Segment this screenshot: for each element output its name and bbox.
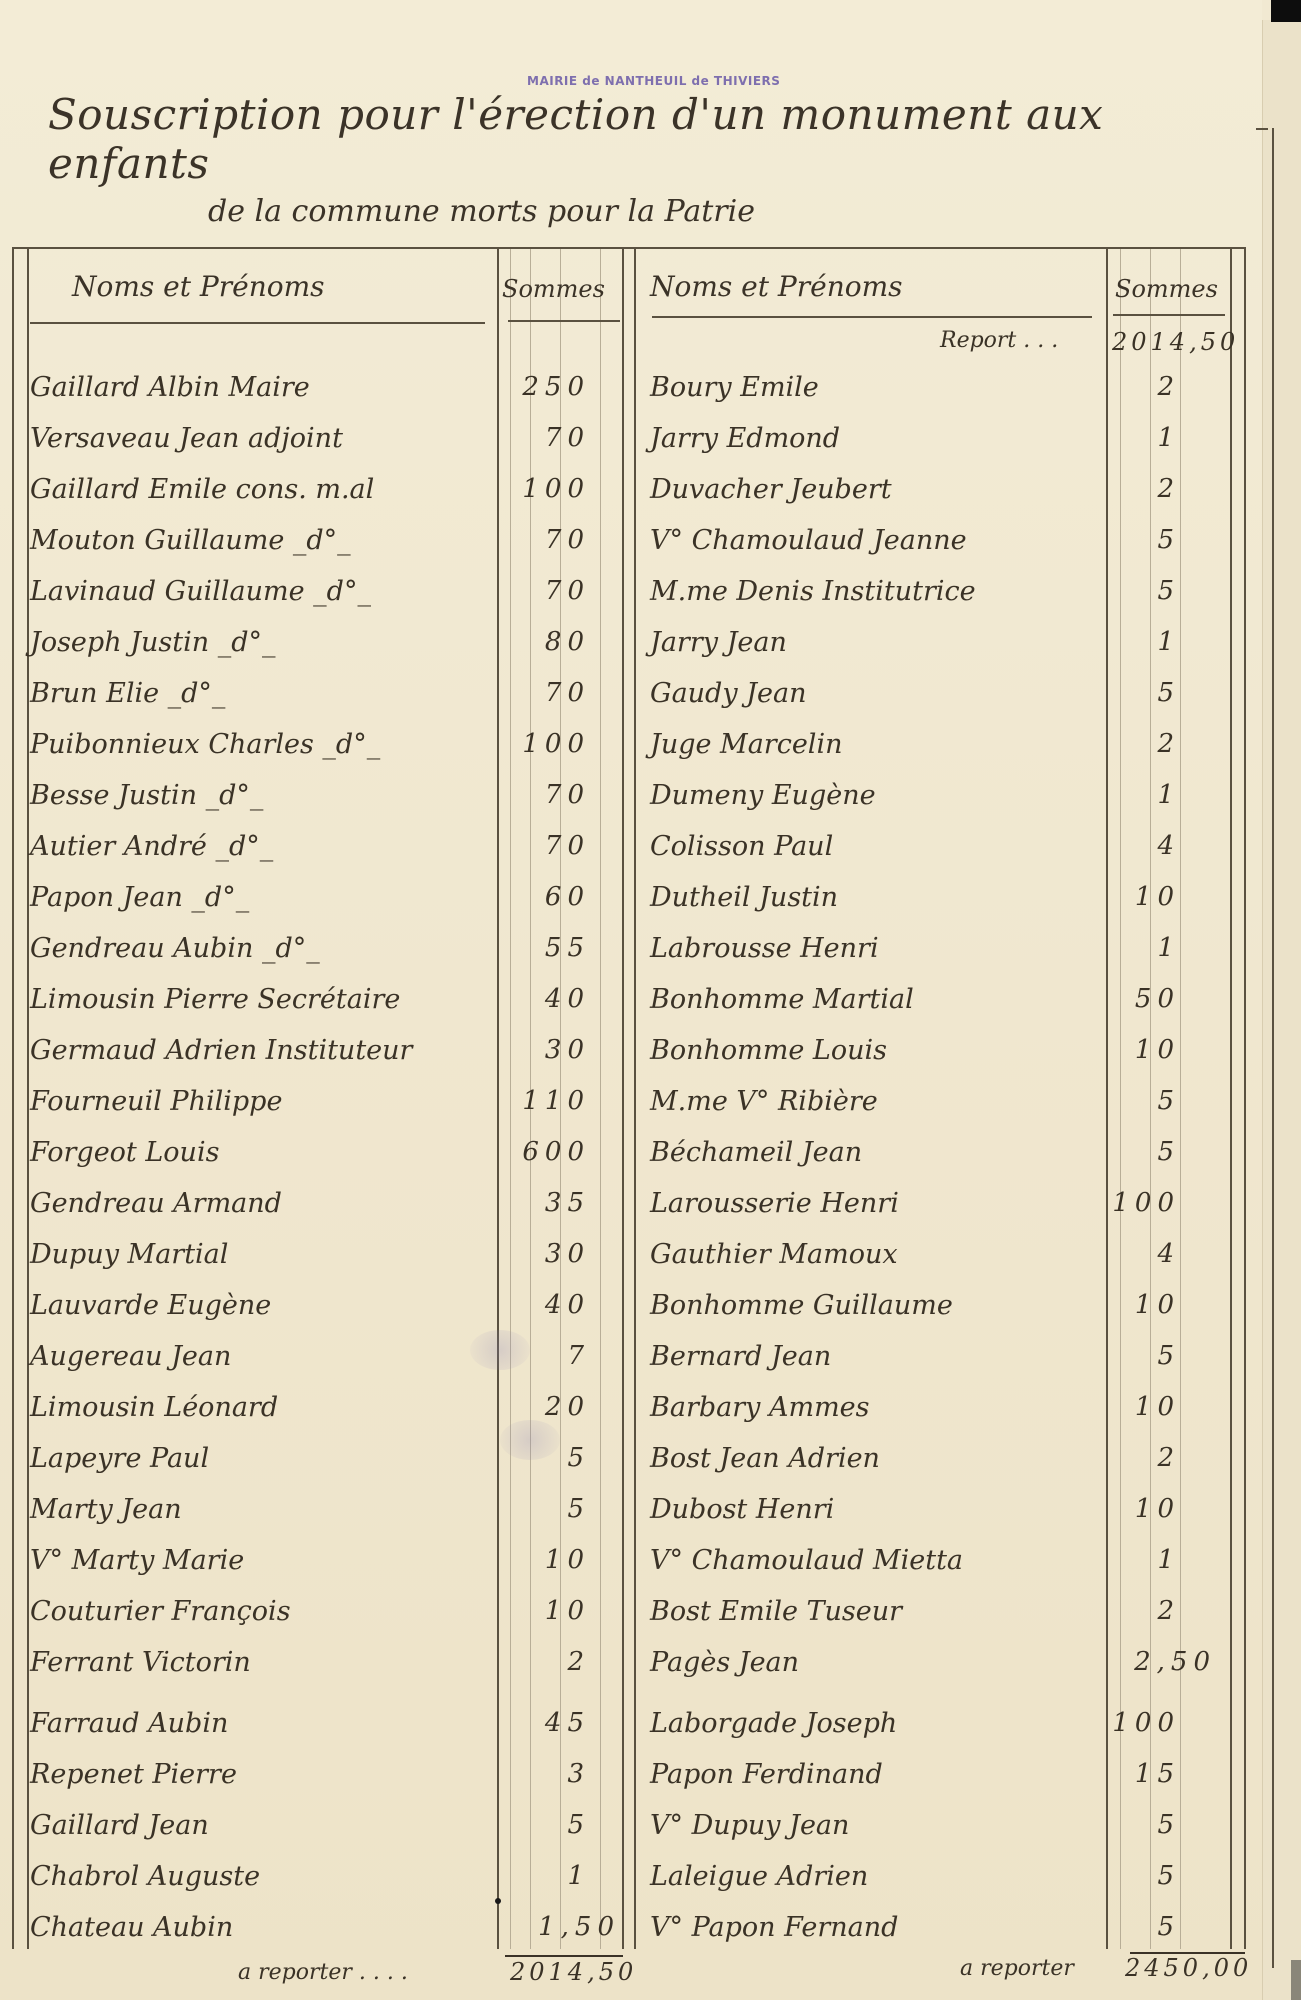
subscriber-name: Bost Emile Tuseur [650,1596,902,1627]
subscriber-amount: 15 [1135,1759,1180,1789]
subscriber-name: Farraud Aubin [30,1708,228,1739]
list-item: Forgeot Louis600 [30,1137,620,1187]
report-label: Report . . . [940,328,1058,353]
subscriber-amount: 10 [1135,1494,1180,1524]
right-footer-total: 2450,00 [1125,1954,1252,1982]
list-item: Boury Emile2 [650,372,1210,422]
subscriber-amount: 10 [1135,1392,1180,1422]
list-item: Gendreau Aubin _d°_55 [30,933,620,983]
underlying-page-edge [1262,20,1301,2000]
right-header-name: Noms et Prénoms [650,270,903,303]
subscriber-amount: 5 [1157,1086,1180,1116]
list-item: Joseph Justin _d°_80 [30,627,620,677]
left-header-amount: Sommes [502,275,605,303]
subscriber-name: Couturier François [30,1596,291,1627]
subscriber-amount: 100 [522,474,590,504]
subscriber-amount: 70 [545,678,590,708]
list-item: Gaillard Albin Maire250 [30,372,620,422]
list-item: Besse Justin _d°_70 [30,780,620,830]
list-item: Laleigue Adrien5 [650,1861,1210,1911]
subscriber-name: Dupuy Martial [30,1239,228,1270]
subscriber-name: Joseph Justin _d°_ [30,627,275,658]
list-item: Repenet Pierre3 [30,1759,620,1809]
list-item: V° Dupuy Jean5 [650,1810,1210,1860]
subscriber-name: Brun Elie _d°_ [30,678,225,709]
subscriber-name: Duvacher Jeubert [650,474,892,505]
list-item: Chabrol Auguste1 [30,1861,620,1911]
list-item: Farraud Aubin45 [30,1708,620,1758]
list-item: Laborgade Joseph100 [650,1708,1210,1758]
scan-border [1271,0,1301,22]
subscriber-amount: 45 [545,1708,590,1738]
subscriber-amount: 80 [545,627,590,657]
subscriber-name: Lauvarde Eugène [30,1290,271,1321]
subscriber-name: Bonhomme Martial [650,984,914,1015]
subscriber-amount: 2 [1157,1443,1180,1473]
subscriber-name: V° Chamoulaud Mietta [650,1545,963,1576]
subscriber-name: Béchameil Jean [650,1137,862,1168]
list-item: Bernard Jean5 [650,1341,1210,1391]
list-item: Dumeny Eugène1 [650,780,1210,830]
subscriber-amount: 40 [545,1290,590,1320]
subscriber-name: V° Papon Fernand [650,1912,898,1943]
list-item: Gaudy Jean5 [650,678,1210,728]
subscriber-name: Papon Ferdinand [650,1759,883,1790]
subscriber-name: Limousin Léonard [30,1392,278,1423]
list-item: Colisson Paul4 [650,831,1210,881]
subscriber-amount: 70 [545,423,590,453]
report-value: 2014,50 [1112,328,1239,356]
subscriber-amount: 1 [1157,933,1180,963]
subscriber-amount: 110 [522,1086,590,1116]
list-item: Papon Jean _d°_60 [30,882,620,932]
subscriber-name: Larousserie Henri [650,1188,899,1219]
subscriber-name: Jarry Edmond [650,423,840,454]
left-footer-total: 2014,50 [510,1958,637,1986]
subscriber-name: Mouton Guillaume _d°_ [30,525,351,556]
subscriber-amount: 1 [567,1861,590,1891]
subscriber-amount: 5 [1157,576,1180,606]
list-item: Bost Emile Tuseur2 [650,1596,1210,1646]
subscriber-amount: 10 [1135,882,1180,912]
subscriber-amount: 5 [567,1810,590,1840]
list-item: Brun Elie _d°_70 [30,678,620,728]
subscriber-name: Chabrol Auguste [30,1861,260,1892]
subscriber-name: Papon Jean _d°_ [30,882,249,913]
subscriber-amount: 4 [1157,831,1180,861]
subscriber-amount: 70 [545,831,590,861]
subscriber-amount: 2 [1157,1596,1180,1626]
left-margin-line [27,249,29,1949]
subscriber-name: Besse Justin _d°_ [30,780,263,811]
subscriber-amount: 50 [1135,984,1180,1014]
subscriber-amount: 3 [567,1759,590,1789]
subscriber-name: Pagès Jean [650,1647,799,1678]
list-item: Labrousse Henri1 [650,933,1210,983]
subscriber-name: Limousin Pierre Secrétaire [30,984,400,1015]
left-footer-label: a reporter . . . . [238,1960,408,1985]
subscriber-amount: 1 [1157,423,1180,453]
subscriber-amount: 100 [1112,1708,1180,1738]
list-item: Couturier François10 [30,1596,620,1646]
list-item: Barbary Ammes10 [650,1392,1210,1442]
subscriber-amount: 30 [545,1035,590,1065]
subscriber-amount: 1 [1157,780,1180,810]
subscriber-amount: 30 [545,1239,590,1269]
subscriber-amount: 70 [545,780,590,810]
center-divider-line [622,249,624,1949]
subscriber-name: Bonhomme Guillaume [650,1290,953,1321]
header-rule [508,320,620,322]
subscriber-name: Barbary Ammes [650,1392,870,1423]
subscriber-amount: 2,50 [1134,1647,1216,1677]
subscriber-amount: 5 [1157,1810,1180,1840]
subscriber-amount: 2 [1157,372,1180,402]
list-item: V° Chamoulaud Jeanne5 [650,525,1210,575]
subscriber-name: V° Dupuy Jean [650,1810,849,1841]
list-item: Juge Marcelin2 [650,729,1210,779]
list-item: Papon Ferdinand15 [650,1759,1210,1809]
outer-frame-line [1272,128,1274,1968]
subscriber-amount: 2 [567,1647,590,1677]
list-item: Dubost Henri10 [650,1494,1210,1544]
subscriber-name: Gaillard Jean [30,1810,209,1841]
title-line-2: de la commune morts pour la Patrie [208,194,1228,229]
subscriber-name: Fourneuil Philippe [30,1086,282,1117]
list-item: Bonhomme Guillaume10 [650,1290,1210,1340]
subscriber-amount: 7 [567,1341,590,1371]
right-frame-inner-line [1230,249,1232,1949]
subscriber-name: Chateau Aubin [30,1912,233,1943]
subscriber-amount: 5 [1157,1861,1180,1891]
subscriber-amount: 35 [545,1188,590,1218]
list-item: Duvacher Jeubert2 [650,474,1210,524]
list-item: Jarry Edmond1 [650,423,1210,473]
subscriber-amount: 250 [522,372,590,402]
subscriber-name: Puibonnieux Charles _d°_ [30,729,380,760]
subscriber-amount: 2 [1157,474,1180,504]
list-item: Marty Jean5 [30,1494,620,1544]
list-item: Dutheil Justin10 [650,882,1210,932]
subscriber-name: Dutheil Justin [650,882,838,913]
list-item: Larousserie Henri100 [650,1188,1210,1238]
subscriber-name: Autier André _d°_ [30,831,273,862]
subscriber-name: Laborgade Joseph [650,1708,897,1739]
header-rule [652,316,1092,318]
subscriber-amount: 55 [545,933,590,963]
list-item: Limousin Pierre Secrétaire40 [30,984,620,1034]
ink-smudge [470,1330,530,1370]
subscriber-amount: 10 [545,1596,590,1626]
subscriber-name: Juge Marcelin [650,729,842,760]
list-item: Versaveau Jean adjoint70 [30,423,620,473]
subscriber-amount: 100 [522,729,590,759]
subscriber-name: Germaud Adrien Instituteur [30,1035,412,1066]
list-item: Bonhomme Louis10 [650,1035,1210,1085]
scan-border-bottom [1291,1960,1301,2000]
list-item: Bost Jean Adrien2 [650,1443,1210,1493]
subscriber-name: Gendreau Aubin _d°_ [30,933,320,964]
list-item: Lauvarde Eugène40 [30,1290,620,1340]
subscriber-name: Versaveau Jean adjoint [30,423,343,454]
list-item: Ferrant Victorin2 [30,1647,620,1697]
list-item: Dupuy Martial30 [30,1239,620,1289]
subscriber-name: Laleigue Adrien [650,1861,868,1892]
subscriber-amount: 5 [1157,525,1180,555]
subscriber-name: Labrousse Henri [650,933,879,964]
list-item: V° Marty Marie10 [30,1545,620,1595]
list-item: Jarry Jean1 [650,627,1210,677]
subscriber-amount: 4 [1157,1239,1180,1269]
subscriber-name: Gaillard Emile cons. m.al [30,474,374,505]
subscriber-amount: 5 [567,1443,590,1473]
list-item: M.me Denis Institutrice5 [650,576,1210,626]
list-item: Lavinaud Guillaume _d°_70 [30,576,620,626]
list-item: Germaud Adrien Instituteur30 [30,1035,620,1085]
left-header-name: Noms et Prénoms [72,270,325,303]
subscriber-amount: 5 [1157,1341,1180,1371]
subscriber-amount: 100 [1112,1188,1180,1218]
subscriber-name: M.me Denis Institutrice [650,576,976,607]
header-rule [1113,314,1225,316]
list-item: Mouton Guillaume _d°_70 [30,525,620,575]
list-item: Autier André _d°_70 [30,831,620,881]
subscriber-amount: 2 [1157,729,1180,759]
subscriber-name: Bernard Jean [650,1341,831,1372]
outer-frame-corner [1256,128,1268,130]
subscriber-name: Dumeny Eugène [650,780,876,811]
subscriber-amount: 70 [545,576,590,606]
subscriber-amount: 1,50 [538,1912,620,1942]
title-line-1: Souscription pour l'érection d'un monume… [48,90,1228,188]
subscriber-name: M.me V° Ribière [650,1086,878,1117]
subscriber-name: Repenet Pierre [30,1759,237,1790]
subscriber-amount: 5 [1157,1137,1180,1167]
subscriber-amount: 5 [567,1494,590,1524]
subscriber-name: Gaudy Jean [650,678,806,709]
list-item: Gauthier Mamoux4 [650,1239,1210,1289]
subscriber-name: Bost Jean Adrien [650,1443,880,1474]
subscriber-name: Jarry Jean [650,627,787,658]
subscriber-name: Gendreau Armand [30,1188,282,1219]
subscriber-amount: 600 [522,1137,590,1167]
subscriber-name: Boury Emile [650,372,819,403]
list-item: Gaillard Emile cons. m.al100 [30,474,620,524]
list-item: Gaillard Jean5 [30,1810,620,1860]
subscriber-amount: 10 [545,1545,590,1575]
subscriber-amount: 1 [1157,1545,1180,1575]
subscriber-name: V° Chamoulaud Jeanne [650,525,967,556]
subscriber-amount: 1 [1157,627,1180,657]
list-item: V° Chamoulaud Mietta1 [650,1545,1210,1595]
list-item: M.me V° Ribière5 [650,1086,1210,1136]
center-divider-line-2 [634,249,636,1949]
header-rule [30,322,485,324]
subscriber-name: Dubost Henri [650,1494,834,1525]
list-item: Puibonnieux Charles _d°_100 [30,729,620,779]
list-item: Pagès Jean2,50 [650,1647,1210,1697]
subscriber-amount: 10 [1135,1035,1180,1065]
ink-dot [495,1898,501,1904]
subscriber-amount: 20 [545,1392,590,1422]
list-item: Gendreau Armand35 [30,1188,620,1238]
list-item: Béchameil Jean5 [650,1137,1210,1187]
left-total-rule [505,1955,623,1957]
subscriber-amount: 10 [1135,1290,1180,1320]
subscriber-amount: 70 [545,525,590,555]
right-header-amount: Sommes [1115,275,1218,303]
right-footer-label: a reporter [960,1956,1074,1981]
list-item: Bonhomme Martial50 [650,984,1210,1034]
list-item: Fourneuil Philippe110 [30,1086,620,1136]
subscriber-name: Lapeyre Paul [30,1443,209,1474]
subscriber-amount: 60 [545,882,590,912]
subscriber-amount: 5 [1157,678,1180,708]
subscriber-name: V° Marty Marie [30,1545,244,1576]
subscriber-name: Lavinaud Guillaume _d°_ [30,576,371,607]
subscriber-amount: 5 [1157,1912,1180,1942]
mairie-stamp: MAIRIE de NANTHEUIL de THIVIERS [527,74,780,88]
document-title: Souscription pour l'érection d'un monume… [48,90,1228,229]
subscriber-name: Colisson Paul [650,831,833,862]
subscriber-name: Forgeot Louis [30,1137,219,1168]
subscriber-name: Bonhomme Louis [650,1035,887,1066]
subscriber-name: Ferrant Victorin [30,1647,251,1678]
ink-smudge [500,1420,560,1460]
subscriber-name: Gaillard Albin Maire [30,372,310,403]
subscriber-name: Gauthier Mamoux [650,1239,898,1270]
subscriber-name: Marty Jean [30,1494,182,1525]
subscriber-amount: 40 [545,984,590,1014]
subscriber-name: Augereau Jean [30,1341,231,1372]
list-item: Augereau Jean7 [30,1341,620,1391]
